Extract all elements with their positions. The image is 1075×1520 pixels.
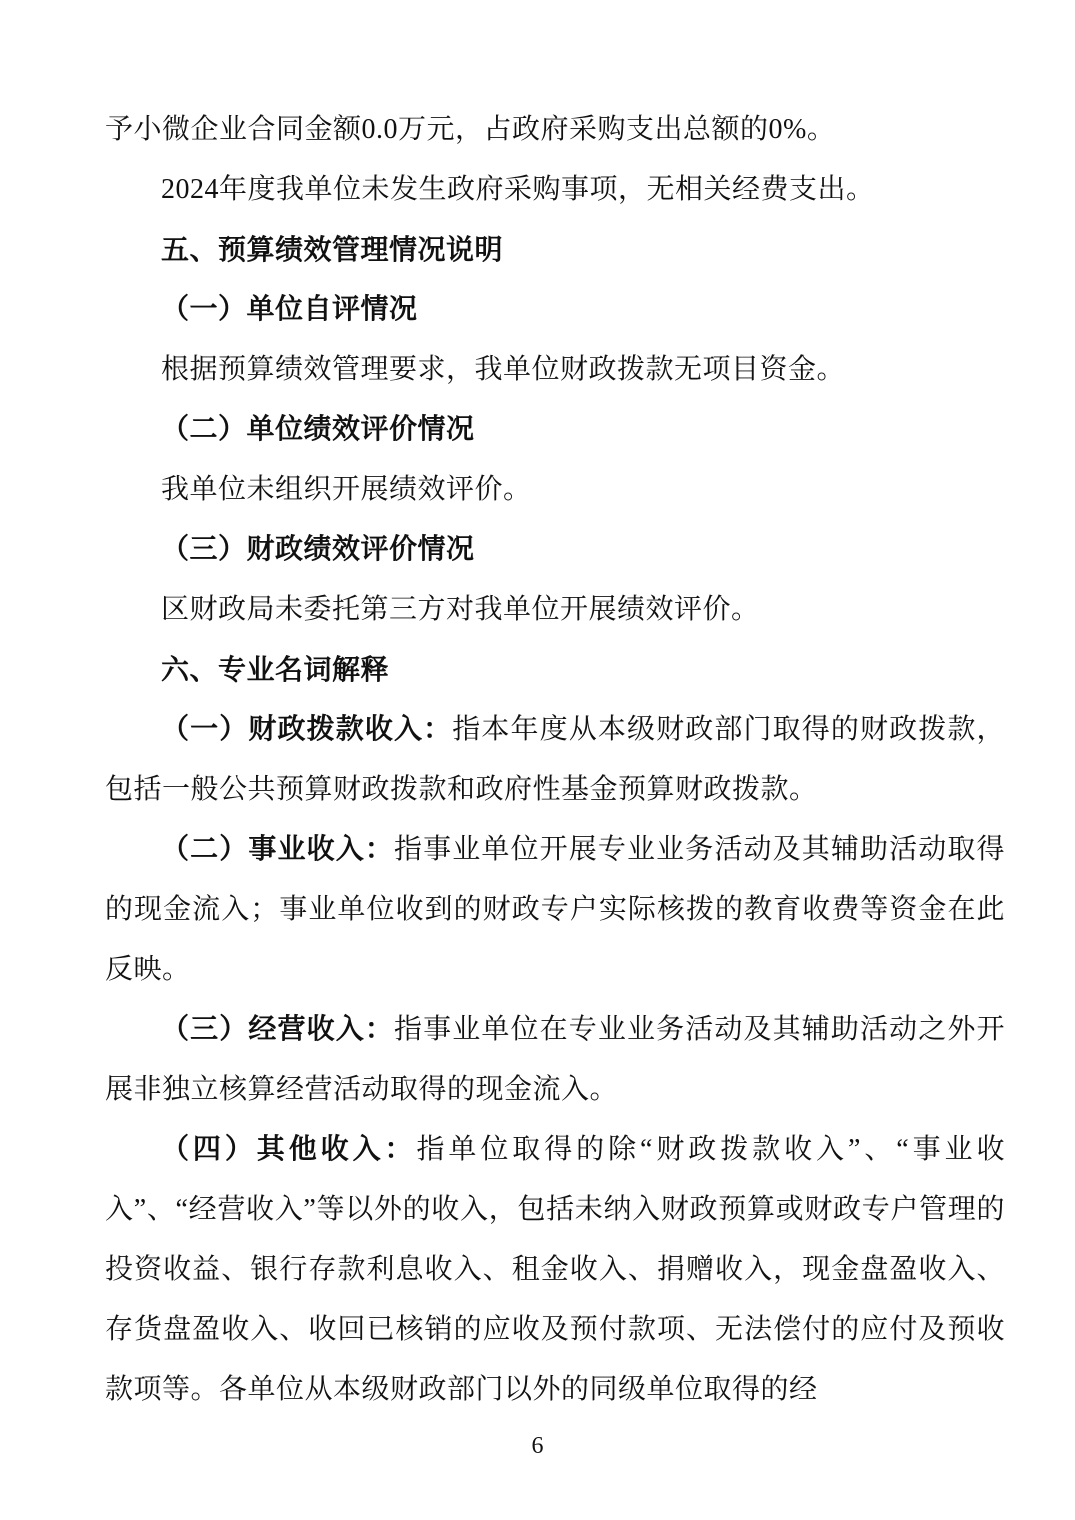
paragraph: 区财政局未委托第三方对我单位开展绩效评价。 [105,580,1005,640]
term-definition: 指单位取得的除“财政拨款收入”、“事业收入”、“经营收入”等以外的收入，包括未纳… [105,1134,1005,1405]
paragraph: （三）经营收入：指事业单位在专业业务活动及其辅助活动之外开展非独立核算经营活动取… [105,1000,1005,1120]
paragraph: 我单位未组织开展绩效评价。 [105,460,1005,520]
term-label: （二）事业收入： [161,834,394,865]
section-heading: 五、预算绩效管理情况说明 [105,220,1005,280]
term-label: （一）财政拨款收入： [161,714,452,745]
paragraph: （四）其他收入：指单位取得的除“财政拨款收入”、“事业收入”、“经营收入”等以外… [105,1120,1005,1420]
document-body: 予小微企业合同金额0.0万元，占政府采购支出总额的0%。2024年度我单位未发生… [105,100,1005,1420]
page-number: 6 [0,1430,1075,1462]
subsection-heading: （二）单位绩效评价情况 [105,400,1005,460]
paragraph: 根据预算绩效管理要求，我单位财政拨款无项目资金。 [105,340,1005,400]
paragraph: （一）财政拨款收入：指本年度从本级财政部门取得的财政拨款，包括一般公共预算财政拨… [105,700,1005,820]
document-page: 予小微企业合同金额0.0万元，占政府采购支出总额的0%。2024年度我单位未发生… [0,0,1075,1520]
paragraph: （二）事业收入：指事业单位开展专业业务活动及其辅助活动取得的现金流入；事业单位收… [105,820,1005,1000]
paragraph: 2024年度我单位未发生政府采购事项，无相关经费支出。 [105,160,1005,220]
subsection-heading: （三）财政绩效评价情况 [105,520,1005,580]
paragraph: 予小微企业合同金额0.0万元，占政府采购支出总额的0%。 [105,100,1005,160]
section-heading: 六、专业名词解释 [105,640,1005,700]
term-label: （三）经营收入： [161,1014,394,1045]
term-label: （四）其他收入： [161,1134,416,1165]
subsection-heading: （一）单位自评情况 [105,280,1005,340]
